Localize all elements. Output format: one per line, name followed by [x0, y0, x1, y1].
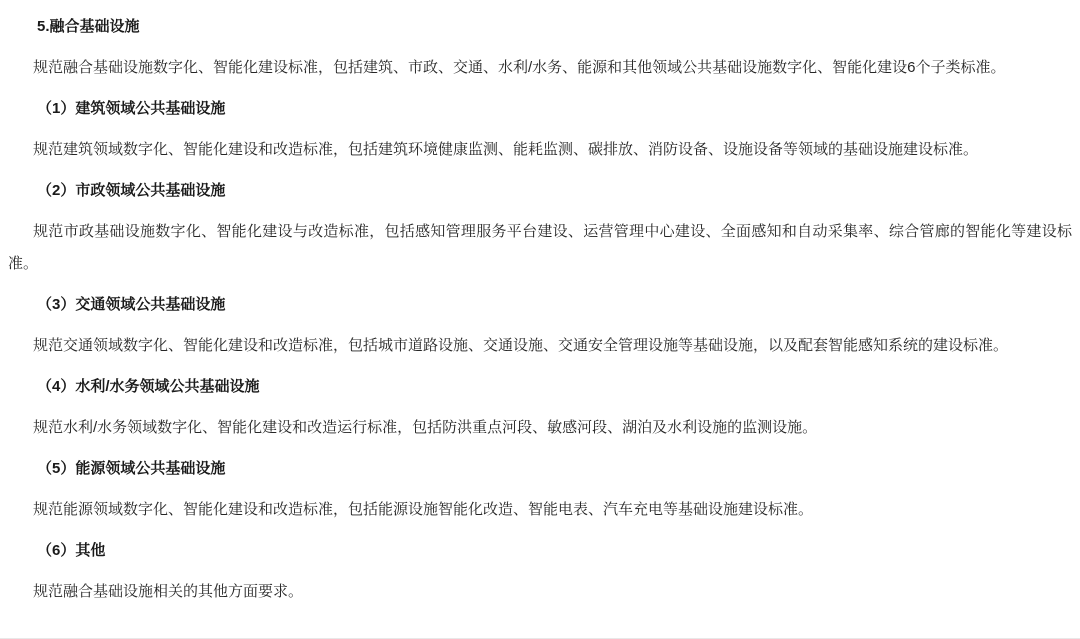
section-municipal-body: 规范市政基础设施数字化、智能化建设与改造标准，包括感知管理服务平台建设、运营管理… [8, 216, 1072, 280]
section-water: （4）水利/水务领域公共基础设施 规范水利/水务领域数字化、智能化建设和改造运行… [8, 371, 1072, 444]
section-other: （6）其他 规范融合基础设施相关的其他方面要求。 [8, 535, 1072, 608]
section-transport-heading: （3）交通领域公共基础设施 [8, 289, 1072, 321]
section-transport-body: 规范交通领域数字化、智能化建设和改造标准，包括城市道路设施、交通设施、交通安全管… [8, 330, 1072, 362]
section-building-body: 规范建筑领域数字化、智能化建设和改造标准，包括建筑环境健康监测、能耗监测、碳排放… [8, 134, 1072, 166]
section-energy-body: 规范能源领域数字化、智能化建设和改造标准，包括能源设施智能化改造、智能电表、汽车… [8, 494, 1072, 526]
section-municipal: （2）市政领域公共基础设施 规范市政基础设施数字化、智能化建设与改造标准，包括感… [8, 175, 1072, 280]
section-building-heading: （1）建筑领域公共基础设施 [8, 93, 1072, 125]
section-other-heading: （6）其他 [8, 535, 1072, 567]
document-page: { "page": { "title": "5.融合基础设施", "intro"… [0, 0, 1080, 639]
section-transport: （3）交通领域公共基础设施 规范交通领域数字化、智能化建设和改造标准，包括城市道… [8, 289, 1072, 362]
section-building: （1）建筑领域公共基础设施 规范建筑领域数字化、智能化建设和改造标准，包括建筑环… [8, 93, 1072, 166]
section-water-heading: （4）水利/水务领域公共基础设施 [8, 371, 1072, 403]
section-other-body: 规范融合基础设施相关的其他方面要求。 [8, 576, 1072, 608]
document-title: 5.融合基础设施 [8, 11, 1072, 43]
section-energy: （5）能源领域公共基础设施 规范能源领域数字化、智能化建设和改造标准，包括能源设… [8, 453, 1072, 526]
section-water-body: 规范水利/水务领域数字化、智能化建设和改造运行标准，包括防洪重点河段、敏感河段、… [8, 412, 1072, 444]
intro-paragraph: 规范融合基础设施数字化、智能化建设标准，包括建筑、市政、交通、水利/水务、能源和… [8, 52, 1072, 84]
section-energy-heading: （5）能源领域公共基础设施 [8, 453, 1072, 485]
section-municipal-heading: （2）市政领域公共基础设施 [8, 175, 1072, 207]
